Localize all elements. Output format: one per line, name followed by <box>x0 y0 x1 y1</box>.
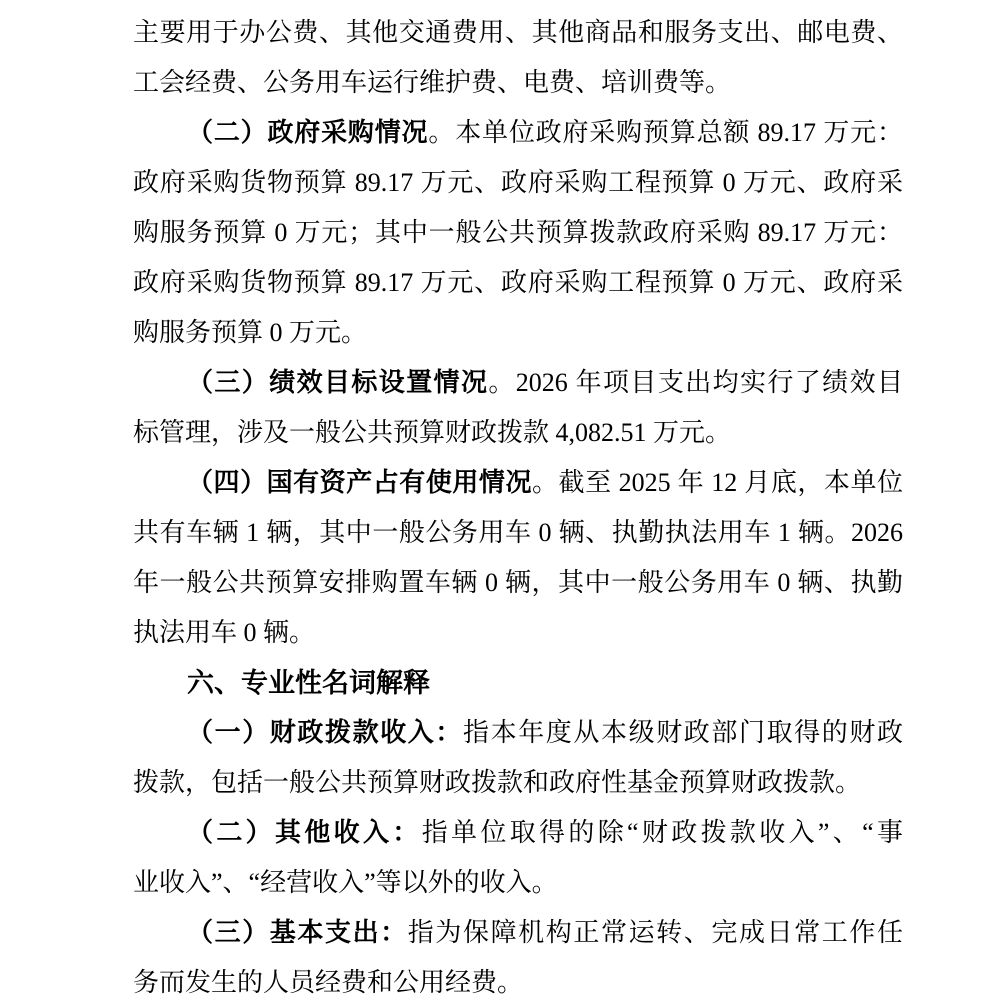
text-segment: 执法用车 0 辆。 <box>133 618 315 647</box>
text-segment: 共有车辆 1 辆，其中一般公务用车 0 辆、执勤执法用车 1 辆。2026 <box>133 518 903 547</box>
text-line: （二）其他收入：指单位取得的除“财政拨款收入”、“事 <box>133 808 903 858</box>
bold-text-segment: （二）其他收入： <box>187 818 422 847</box>
text-line: （三）绩效目标设置情况。2026 年项目支出均实行了绩效目 <box>133 358 903 408</box>
text-segment: 。截至 2025 年 12 月底，本单位 <box>532 468 903 497</box>
text-segment: 标管理，涉及一般公共预算财政拨款 4,082.51 万元。 <box>133 418 731 447</box>
text-line: 主要用于办公费、其他交通费用、其他商品和服务支出、邮电费、 <box>133 8 903 58</box>
text-line: （四）国有资产占有使用情况。截至 2025 年 12 月底，本单位 <box>133 458 903 508</box>
text-line: （三）基本支出：指为保障机构正常运转、完成日常工作任 <box>133 908 903 958</box>
text-segment: 业收入”、“经营收入”等以外的收入。 <box>133 868 558 897</box>
bold-text-segment: （三）基本支出： <box>187 918 408 947</box>
text-line: 务而发生的人员经费和公用经费。 <box>133 958 903 1008</box>
bold-text-segment: （一）财政拨款收入： <box>187 718 463 747</box>
text-segment: 指为保障机构正常运转、完成日常工作任 <box>408 918 903 947</box>
section-heading: 六、专业性名词解释 <box>133 658 903 708</box>
text-line: 购服务预算 0 万元。 <box>133 308 903 358</box>
text-segment: 指本年度从本级财政部门取得的财政 <box>463 718 903 747</box>
text-segment: 政府采购货物预算 89.17 万元、政府采购工程预算 0 万元、政府采 <box>133 268 903 297</box>
bold-text-segment: （四）国有资产占有使用情况 <box>187 468 532 497</box>
document-page: 主要用于办公费、其他交通费用、其他商品和服务支出、邮电费、工会经费、公务用车运行… <box>0 0 1000 1008</box>
text-line: 业收入”、“经营收入”等以外的收入。 <box>133 858 903 908</box>
text-segment: 购服务预算 0 万元。 <box>133 318 367 347</box>
text-segment: 主要用于办公费、其他交通费用、其他商品和服务支出、邮电费、 <box>133 18 903 47</box>
document-content: 主要用于办公费、其他交通费用、其他商品和服务支出、邮电费、工会经费、公务用车运行… <box>0 0 1000 1008</box>
text-line: 标管理，涉及一般公共预算财政拨款 4,082.51 万元。 <box>133 408 903 458</box>
text-segment: 购服务预算 0 万元；其中一般公共预算拨款政府采购 89.17 万元： <box>133 218 903 247</box>
text-segment: 年一般公共预算安排购置车辆 0 辆，其中一般公务用车 0 辆、执勤 <box>133 568 903 597</box>
text-line: 年一般公共预算安排购置车辆 0 辆，其中一般公务用车 0 辆、执勤 <box>133 558 903 608</box>
bold-text-segment: （二）政府采购情况 <box>187 118 428 147</box>
text-line: 共有车辆 1 辆，其中一般公务用车 0 辆、执勤执法用车 1 辆。2026 <box>133 508 903 558</box>
text-line: 工会经费、公务用车运行维护费、电费、培训费等。 <box>133 58 903 108</box>
text-segment: 工会经费、公务用车运行维护费、电费、培训费等。 <box>133 68 731 97</box>
text-segment: 指单位取得的除“财政拨款收入”、“事 <box>422 818 903 847</box>
text-line: 执法用车 0 辆。 <box>133 608 903 658</box>
bold-text-segment: （三）绩效目标设置情况 <box>187 368 488 397</box>
bold-text-segment: 六、专业性名词解释 <box>187 668 430 698</box>
document-lines: 主要用于办公费、其他交通费用、其他商品和服务支出、邮电费、工会经费、公务用车运行… <box>133 8 903 1008</box>
text-line: 拨款，包括一般公共预算财政拨款和政府性基金预算财政拨款。 <box>133 758 903 808</box>
text-line: 政府采购货物预算 89.17 万元、政府采购工程预算 0 万元、政府采 <box>133 258 903 308</box>
text-line: 购服务预算 0 万元；其中一般公共预算拨款政府采购 89.17 万元： <box>133 208 903 258</box>
text-line: 政府采购货物预算 89.17 万元、政府采购工程预算 0 万元、政府采 <box>133 158 903 208</box>
text-line: （一）财政拨款收入：指本年度从本级财政部门取得的财政 <box>133 708 903 758</box>
text-segment: 。本单位政府采购预算总额 89.17 万元： <box>428 118 903 147</box>
text-segment: 务而发生的人员经费和公用经费。 <box>133 968 523 997</box>
text-line: （二）政府采购情况。本单位政府采购预算总额 89.17 万元： <box>133 108 903 158</box>
text-segment: 拨款，包括一般公共预算财政拨款和政府性基金预算财政拨款。 <box>133 768 861 797</box>
text-segment: 。2026 年项目支出均实行了绩效目 <box>488 368 903 397</box>
text-segment: 政府采购货物预算 89.17 万元、政府采购工程预算 0 万元、政府采 <box>133 168 903 197</box>
